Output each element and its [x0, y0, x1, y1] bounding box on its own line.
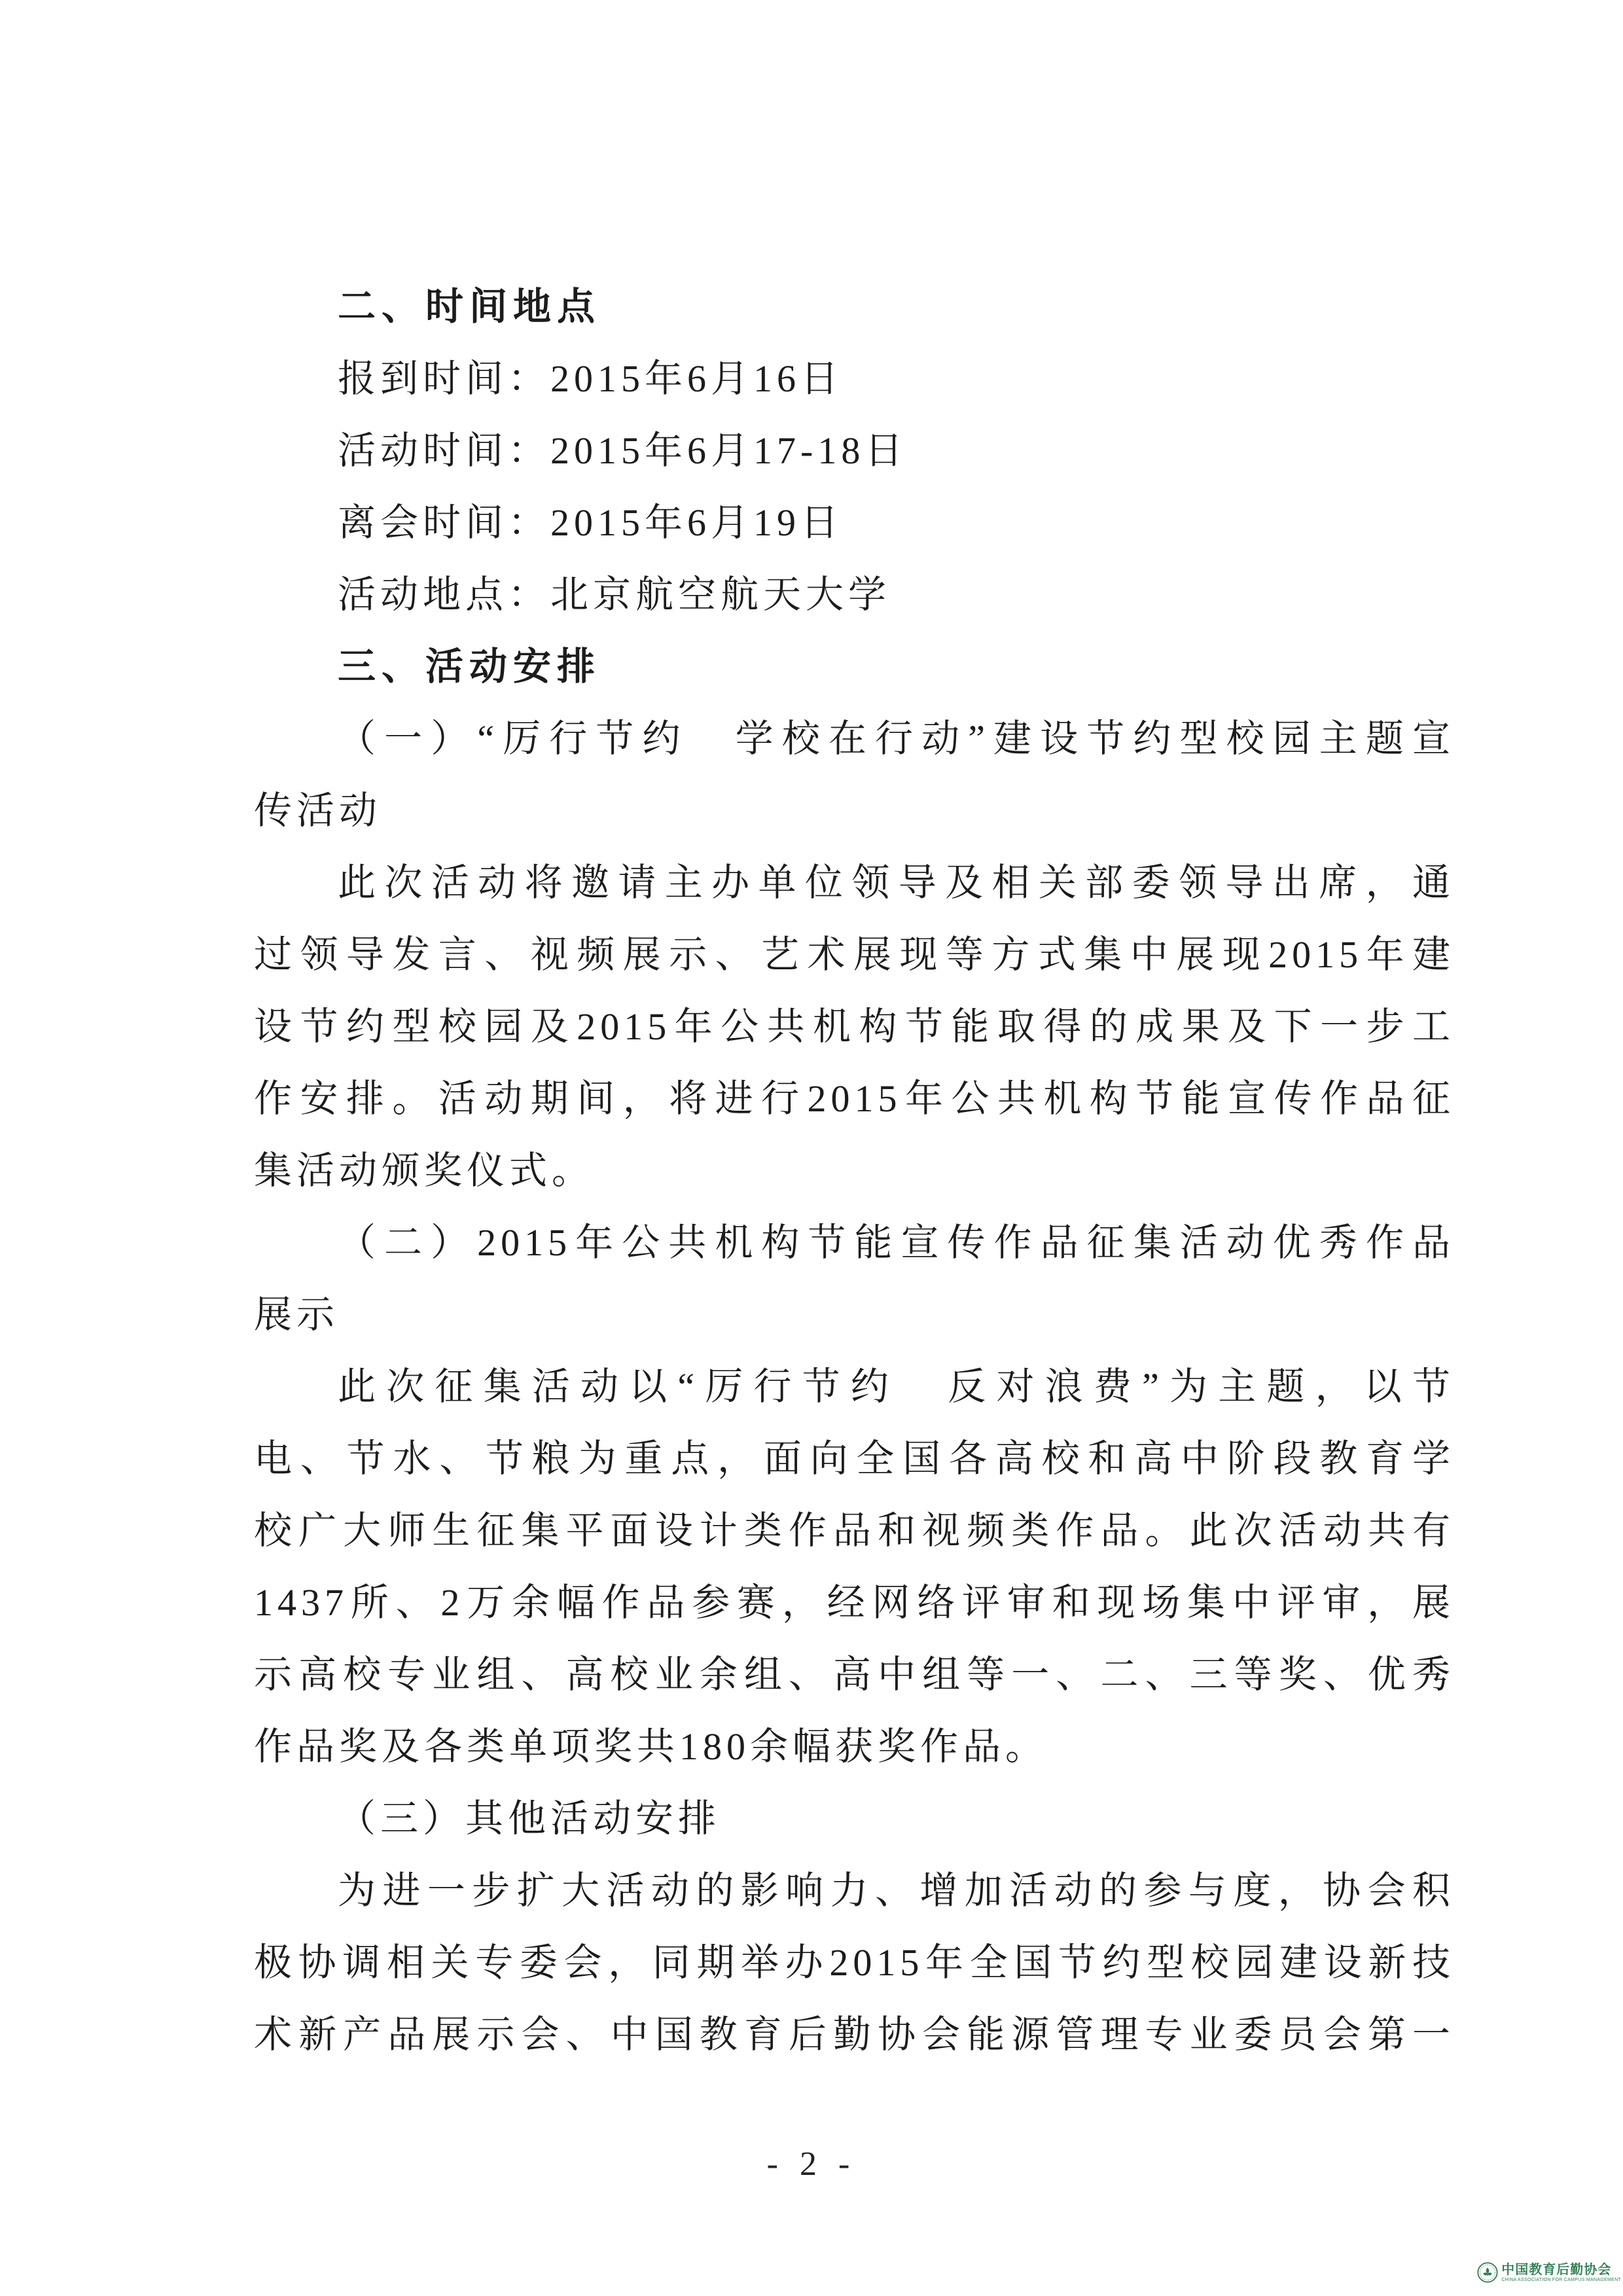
- document-line: 展示: [254, 1279, 1455, 1351]
- document-line: 传活动: [254, 775, 1455, 847]
- document-lines: 二、时间地点报到时间：2015年6月16日活动时间：2015年6月17-18日离…: [254, 271, 1455, 2071]
- document-line: （一）“厉行节约 学校在行动”建设节约型校园主题宣: [254, 703, 1455, 775]
- section-heading: 二、时间地点: [254, 271, 1455, 343]
- association-logo-text: 中国教育后勤协会 CHINA ASSOCIATION FOR CAMPUS MA…: [1501, 2263, 1621, 2283]
- document-line: （三）其他活动安排: [254, 1783, 1455, 1855]
- document-line: 过领导发言、视频展示、艺术展现等方式集中展现2015年建: [254, 919, 1455, 991]
- document-page: 二、时间地点报到时间：2015年6月16日活动时间：2015年6月17-18日离…: [0, 0, 1623, 2296]
- document-line: 活动地点：北京航空航天大学: [254, 559, 1455, 631]
- document-line: 作品奖及各类单项奖共180余幅获奖作品。: [254, 1711, 1455, 1783]
- document-line: 集活动颁奖仪式。: [254, 1135, 1455, 1207]
- document-line: 术新产品展示会、中国教育后勤协会能源管理专业委员会第一: [254, 1999, 1455, 2071]
- document-line: 设节约型校园及2015年公共机构节能取得的成果及下一步工: [254, 991, 1455, 1063]
- document-line: 离会时间：2015年6月19日: [254, 487, 1455, 559]
- document-line: （二）2015年公共机构节能宣传作品征集活动优秀作品: [254, 1207, 1455, 1279]
- document-line: 校广大师生征集平面设计类作品和视频类作品。此次活动共有: [254, 1495, 1455, 1567]
- document-line: 示高校专业组、高校业余组、高中组等一、二、三等奖、优秀: [254, 1639, 1455, 1711]
- document-line: 为进一步扩大活动的影响力、增加活动的参与度，协会积: [254, 1855, 1455, 1927]
- association-name-en: CHINA ASSOCIATION FOR CAMPUS MANAGEMENT: [1501, 2278, 1621, 2283]
- document-line: 电、节水、节粮为重点，面向全国各高校和高中阶段教育学: [254, 1423, 1455, 1495]
- association-logo-icon: [1477, 2262, 1498, 2283]
- document-line: 此次活动将邀请主办单位领导及相关部委领导出席，通: [254, 847, 1455, 919]
- document-line: 活动时间：2015年6月17-18日: [254, 415, 1455, 487]
- document-line: 此次征集活动以“厉行节约 反对浪费”为主题，以节: [254, 1351, 1455, 1423]
- document-line: 作安排。活动期间，将进行2015年公共机构节能宣传作品征: [254, 1063, 1455, 1135]
- association-name-cn: 中国教育后勤协会: [1501, 2263, 1621, 2277]
- page-number: - 2 -: [0, 2128, 1623, 2200]
- document-line: 极协调相关专委会，同期举办2015年全国节约型校园建设新技: [254, 1927, 1455, 1999]
- document-line: 报到时间：2015年6月16日: [254, 343, 1455, 415]
- document-line: 1437所、2万余幅作品参赛，经网络评审和现场集中评审，展: [254, 1567, 1455, 1639]
- association-logo: 中国教育后勤协会 CHINA ASSOCIATION FOR CAMPUS MA…: [1477, 2262, 1621, 2283]
- section-heading: 三、活动安排: [254, 631, 1455, 703]
